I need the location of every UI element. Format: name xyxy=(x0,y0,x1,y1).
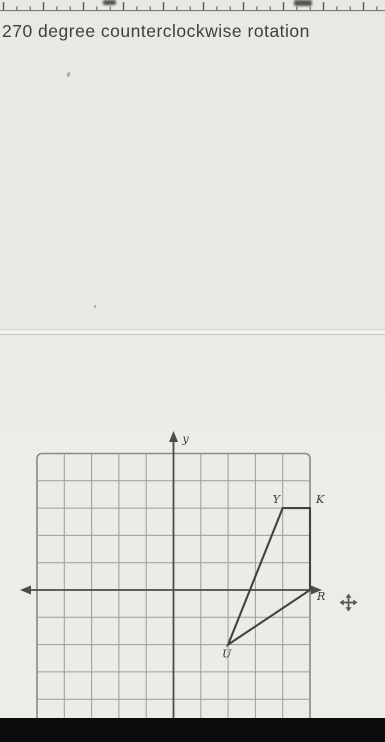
y-axis-arrow-icon xyxy=(169,431,178,442)
y-axis-label: y xyxy=(182,433,190,446)
x-axis-arrow-icon xyxy=(20,586,31,595)
ruler xyxy=(0,0,385,13)
figure-area: yYKRU xyxy=(0,420,385,742)
ruler-number-fragment xyxy=(103,0,116,5)
bottom-black-bar xyxy=(0,718,385,742)
ruler-number-fragment xyxy=(294,0,312,6)
vertex-label-R: R xyxy=(316,590,325,603)
stray-mark xyxy=(66,72,71,78)
stray-mark xyxy=(94,305,96,308)
question-title: 270 degree counterclockwise rotation xyxy=(2,20,383,42)
move-cursor-icon xyxy=(339,593,358,612)
ruler-ticks xyxy=(0,0,385,13)
section-divider xyxy=(0,329,385,335)
vertex-label-U: U xyxy=(222,648,232,661)
worksheet-page: 270 degree counterclockwise rotation yYK… xyxy=(0,0,385,742)
vertex-label-K: K xyxy=(315,493,325,506)
coordinate-grid-figure[interactable]: yYKRU xyxy=(0,420,385,742)
